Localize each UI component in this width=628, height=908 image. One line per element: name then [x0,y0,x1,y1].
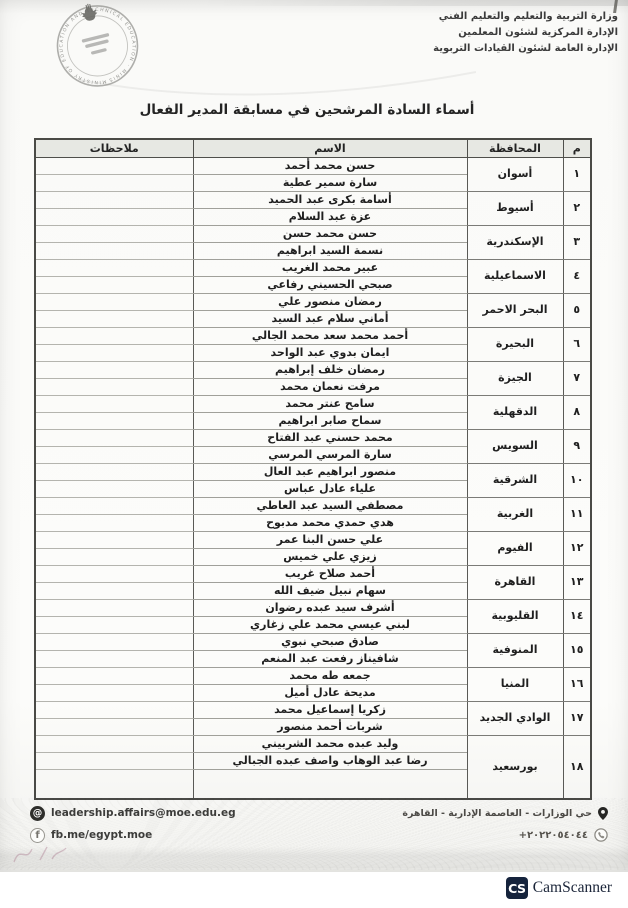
notes-cell [35,208,193,225]
notes-cell [35,378,193,395]
name-cell: أحمد محمد سعد محمد الجالي [193,327,467,344]
table-row: ٨الدقهليةسامح عنتر محمد [35,395,591,412]
footer-contact-left: @ leadership.affairs@moe.edu.eg f fb.me/… [30,802,236,846]
phone-icon [594,828,608,842]
document-title: أسماء السادة المرشحين في مسابقة المدير ا… [0,102,614,118]
governorate-cell: الاسماعيلية [467,259,563,293]
notes-cell [35,191,193,208]
ministry-seal-icon: MINISTRY OF EDUCATION AND TECHNICAL EDUC… [43,0,152,98]
name-cell: مديحة عادل أميل [193,684,467,701]
notes-cell [35,718,193,735]
notes-cell [35,769,193,799]
table-row: ٦البحيرةأحمد محمد سعد محمد الجالي [35,327,591,344]
table-row: ٢أسيوطأسامة بكرى عبد الحميد [35,191,591,208]
name-cell: عبير محمد الغريب [193,259,467,276]
governorate-cell: القاهرة [467,565,563,599]
name-cell: شربات أحمد منصور [193,718,467,735]
name-cell: هدي حمدي محمد مدبوح [193,514,467,531]
scanned-document-page: MINISTRY OF EDUCATION AND TECHNICAL EDUC… [0,0,628,872]
phone-line: +٢٠٢٢٠٥٤٠٤٤ [402,824,608,846]
row-number: ٣ [563,225,591,259]
name-cell: سماح صابر ابراهيم [193,412,467,429]
name-cell: أحمد صلاح غريب [193,565,467,582]
name-cell: عزة عبد السلام [193,208,467,225]
governorate-cell: الإسكندرية [467,225,563,259]
governorate-cell: البحيرة [467,327,563,361]
name-cell: صبحي الحسيني رفاعي [193,276,467,293]
row-number: ٤ [563,259,591,293]
row-number: ١٤ [563,599,591,633]
email-at-icon: @ [30,806,45,821]
notes-cell [35,327,193,344]
ministry-line-3: الإدارة العامة لشئون القيادات التربوية [378,41,618,57]
phone-number: +٢٠٢٢٠٥٤٠٤٤ [519,830,588,841]
name-cell: زكريا إسماعيل محمد [193,701,467,718]
ministry-line-1: وزارة التربية والتعليم والتعليم الفني [378,9,618,25]
notes-cell [35,565,193,582]
notes-cell [35,650,193,667]
governorate-cell: الدقهلية [467,395,563,429]
name-cell: علي حسن البنا عمر [193,531,467,548]
governorate-cell: الشرقية [467,463,563,497]
name-cell: مرفت نعمان محمد [193,378,467,395]
ministry-seal: MINISTRY OF EDUCATION AND TECHNICAL EDUC… [43,0,152,98]
location-pin-icon [598,807,608,820]
name-cell: محمد حسني عبد الفتاح [193,429,467,446]
name-cell: وليد عبده محمد الشربيني [193,735,467,752]
notes-cell [35,293,193,310]
name-cell: جمعه طه محمد [193,667,467,684]
facebook-icon: f [30,828,45,843]
table-row: ١٧الوادي الجديدزكريا إسماعيل محمد [35,701,591,718]
notes-cell [35,174,193,191]
notes-cell [35,735,193,752]
governorate-cell: المنوفية [467,633,563,667]
table-row: ٧الجيزةرمضان خلف إبراهيم [35,361,591,378]
notes-cell [35,480,193,497]
row-number: ١٧ [563,701,591,735]
governorate-cell: الغربية [467,497,563,531]
address-line: حي الوزارات - العاصمة الإدارية - القاهرة [402,802,608,824]
facebook-line: f fb.me/egypt.moe [30,824,236,846]
governorate-cell: أسيوط [467,191,563,225]
facebook-url: fb.me/egypt.moe [51,829,152,841]
row-number: ١٥ [563,633,591,667]
notes-cell [35,667,193,684]
name-cell: حسن محمد حسن [193,225,467,242]
notes-cell [35,514,193,531]
notes-cell [35,701,193,718]
col-header-governorate: المحافظة [467,139,563,157]
notes-cell [35,429,193,446]
email-address: leadership.affairs@moe.edu.eg [51,807,236,819]
table-body: ١أسوانحسن محمد أحمدسارة سمير عطية٢أسيوطأ… [35,157,591,799]
notes-cell [35,446,193,463]
ministry-line-2: الإدارة المركزية لشئون المعلمين [378,25,618,41]
table-row: ٤الاسماعيليةعبير محمد الغريب [35,259,591,276]
notes-cell [35,752,193,769]
name-cell: رمضان منصور علي [193,293,467,310]
notes-cell [35,344,193,361]
name-cell: سارة سمير عطية [193,174,467,191]
notes-cell [35,242,193,259]
col-header-name: الاسم [193,139,467,157]
name-cell: حسن محمد أحمد [193,157,467,174]
table-row: ٥البحر الاحمررمضان منصور علي [35,293,591,310]
row-number: ١ [563,157,591,191]
camscanner-label: CamScanner [533,879,612,897]
governorate-cell: البحر الاحمر [467,293,563,327]
notes-cell [35,361,193,378]
table-row: ٩السويسمحمد حسني عبد الفتاح [35,429,591,446]
scan-edge-smudge [200,0,628,6]
name-cell: رضا عبد الوهاب واصف عبده الجبالي [193,752,467,769]
col-header-number: م [563,139,591,157]
name-cell: نسمة السيد ابراهيم [193,242,467,259]
ministry-header-block: وزارة التربية والتعليم والتعليم الفني ال… [378,9,618,57]
table-row: ١٢الفيومعلي حسن البنا عمر [35,531,591,548]
name-cell: لبني عيسي محمد علي زغاري [193,616,467,633]
notes-cell [35,497,193,514]
name-cell: أشرف سيد عبده رضوان [193,599,467,616]
name-cell: سامح عنتر محمد [193,395,467,412]
notes-cell [35,310,193,327]
row-number: ١٠ [563,463,591,497]
notes-cell [35,599,193,616]
footer: حي الوزارات - العاصمة الإدارية - القاهرة… [0,800,628,850]
name-cell: صادق صبحي نبوي [193,633,467,650]
name-cell: علياء عادل عباس [193,480,467,497]
row-number: ٥ [563,293,591,327]
row-number: ٧ [563,361,591,395]
name-cell: أسامة بكرى عبد الحميد [193,191,467,208]
notes-cell [35,412,193,429]
row-number: ٢ [563,191,591,225]
notes-cell [35,157,193,174]
notes-cell [35,395,193,412]
scan-bottom-band [0,846,628,868]
governorate-cell: المنيا [467,667,563,701]
table-header-row: م المحافظة الاسم ملاحظات [35,139,591,157]
name-cell: سارة المرسي المرسي [193,446,467,463]
camscanner-logo: CS CamScanner [506,877,612,899]
row-number: ١٨ [563,735,591,799]
name-cell: شافيناز رفعت عبد المنعم [193,650,467,667]
table-row: ١٥المنوفيةصادق صبحي نبوي [35,633,591,650]
notes-cell [35,225,193,242]
notes-cell [35,276,193,293]
name-cell: منصور ابراهيم عبد العال [193,463,467,480]
row-number: ٨ [563,395,591,429]
name-cell: ايمان بدوي عبد الواحد [193,344,467,361]
row-number: ٦ [563,327,591,361]
governorate-cell: الفيوم [467,531,563,565]
notes-cell [35,582,193,599]
table-row: ١٨بورسعيدوليد عبده محمد الشربيني [35,735,591,752]
governorate-cell: السويس [467,429,563,463]
table-row: ١٠الشرقيةمنصور ابراهيم عبد العال [35,463,591,480]
footer-contact-right: حي الوزارات - العاصمة الإدارية - القاهرة… [402,802,608,846]
name-cell: مصطفي السيد عبد العاطي [193,497,467,514]
row-number: ١١ [563,497,591,531]
address-text: حي الوزارات - العاصمة الإدارية - القاهرة [402,808,592,819]
notes-cell [35,259,193,276]
name-cell: رمضان خلف إبراهيم [193,361,467,378]
row-number: ١٢ [563,531,591,565]
table-row: ١٦المنياجمعه طه محمد [35,667,591,684]
seal-center-text [81,33,112,56]
table-row: ٣الإسكندريةحسن محمد حسن [35,225,591,242]
governorate-cell: الوادي الجديد [467,701,563,735]
notes-cell [35,548,193,565]
governorate-cell: القليوبية [467,599,563,633]
table-row: ١٣القاهرةأحمد صلاح غريب [35,565,591,582]
row-number: ١٦ [563,667,591,701]
notes-cell [35,531,193,548]
table-row: ١أسوانحسن محمد أحمد [35,157,591,174]
notes-cell [35,463,193,480]
camscanner-cs-badge-icon: CS [506,877,528,899]
notes-cell [35,684,193,701]
notes-cell [35,616,193,633]
governorate-cell: أسوان [467,157,563,191]
name-cell: أماني سلام عبد السيد [193,310,467,327]
email-line: @ leadership.affairs@moe.edu.eg [30,802,236,824]
row-number: ١٣ [563,565,591,599]
table-row: ١١الغربيةمصطفي السيد عبد العاطي [35,497,591,514]
table-row: ١٤القليوبيةأشرف سيد عبده رضوان [35,599,591,616]
name-cell: زيزي علي خميس [193,548,467,565]
governorate-cell: الجيزة [467,361,563,395]
name-cell: سهام نبيل ضيف الله [193,582,467,599]
name-cell [193,769,467,799]
notes-cell [35,633,193,650]
col-header-notes: ملاحظات [35,139,193,157]
candidates-table: م المحافظة الاسم ملاحظات ١أسوانحسن محمد … [34,138,592,800]
governorate-cell: بورسعيد [467,735,563,799]
row-number: ٩ [563,429,591,463]
